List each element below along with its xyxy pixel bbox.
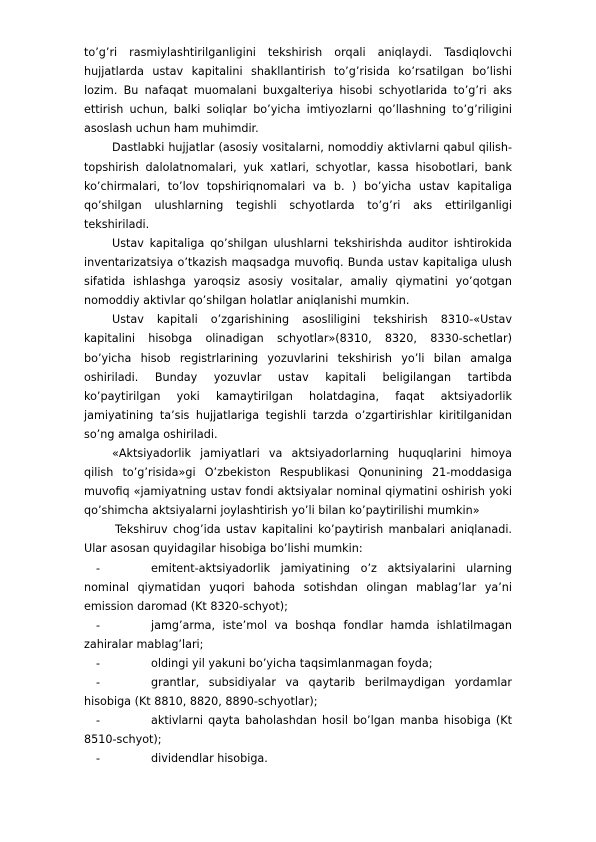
sources-list: -emitent-aktsiyadorlik jamiyatining o’z … — [84, 559, 512, 769]
list-item: -oldingi yil yakuni bo’yicha taqsimlanma… — [84, 654, 512, 673]
list-item: -emitent-aktsiyadorlik jamiyatining o’z … — [84, 559, 512, 616]
paragraph-capital-changes: Ustav kapitali o’zgarishining asosliligi… — [84, 310, 512, 444]
list-dash-marker: - — [96, 749, 151, 768]
paragraph-verification-intro: to’g’ri rasmiylashtirilganligini tekshir… — [84, 43, 512, 138]
paragraph-law-quote: «Aktsiyadorlik jamiyatlari va aktsiyador… — [84, 444, 512, 520]
paragraph-primary-documents: Dastlabki hujjatlar (asosiy vositalarni,… — [84, 138, 512, 233]
list-item: -jamg’arma, iste’mol va boshqa fondlar h… — [84, 616, 512, 654]
list-item-text: oldingi yil yakuni bo’yicha taqsimlanmag… — [151, 657, 432, 670]
list-dash-marker: - — [96, 616, 151, 635]
list-dash-marker: - — [96, 673, 151, 692]
list-dash-marker: - — [96, 559, 151, 578]
document-page: to’g’ri rasmiylashtirilganligini tekshir… — [84, 43, 512, 769]
paragraph-sources-intro: Tekshiruv chog’ida ustav kapitalini ko’p… — [84, 520, 512, 558]
list-item: -grantlar, subsidiyalar va qaytarib beri… — [84, 673, 512, 711]
list-dash-marker: - — [96, 654, 151, 673]
list-dash-marker: - — [96, 711, 151, 730]
list-item-text: dividendlar hisobiga. — [151, 752, 268, 765]
list-item: -dividendlar hisobiga. — [84, 749, 512, 768]
paragraph-inventory: Ustav kapitaliga qo’shilgan ulushlarni t… — [84, 234, 512, 310]
list-item: -aktivlarni qayta baholashdan hosil bo’l… — [84, 711, 512, 749]
